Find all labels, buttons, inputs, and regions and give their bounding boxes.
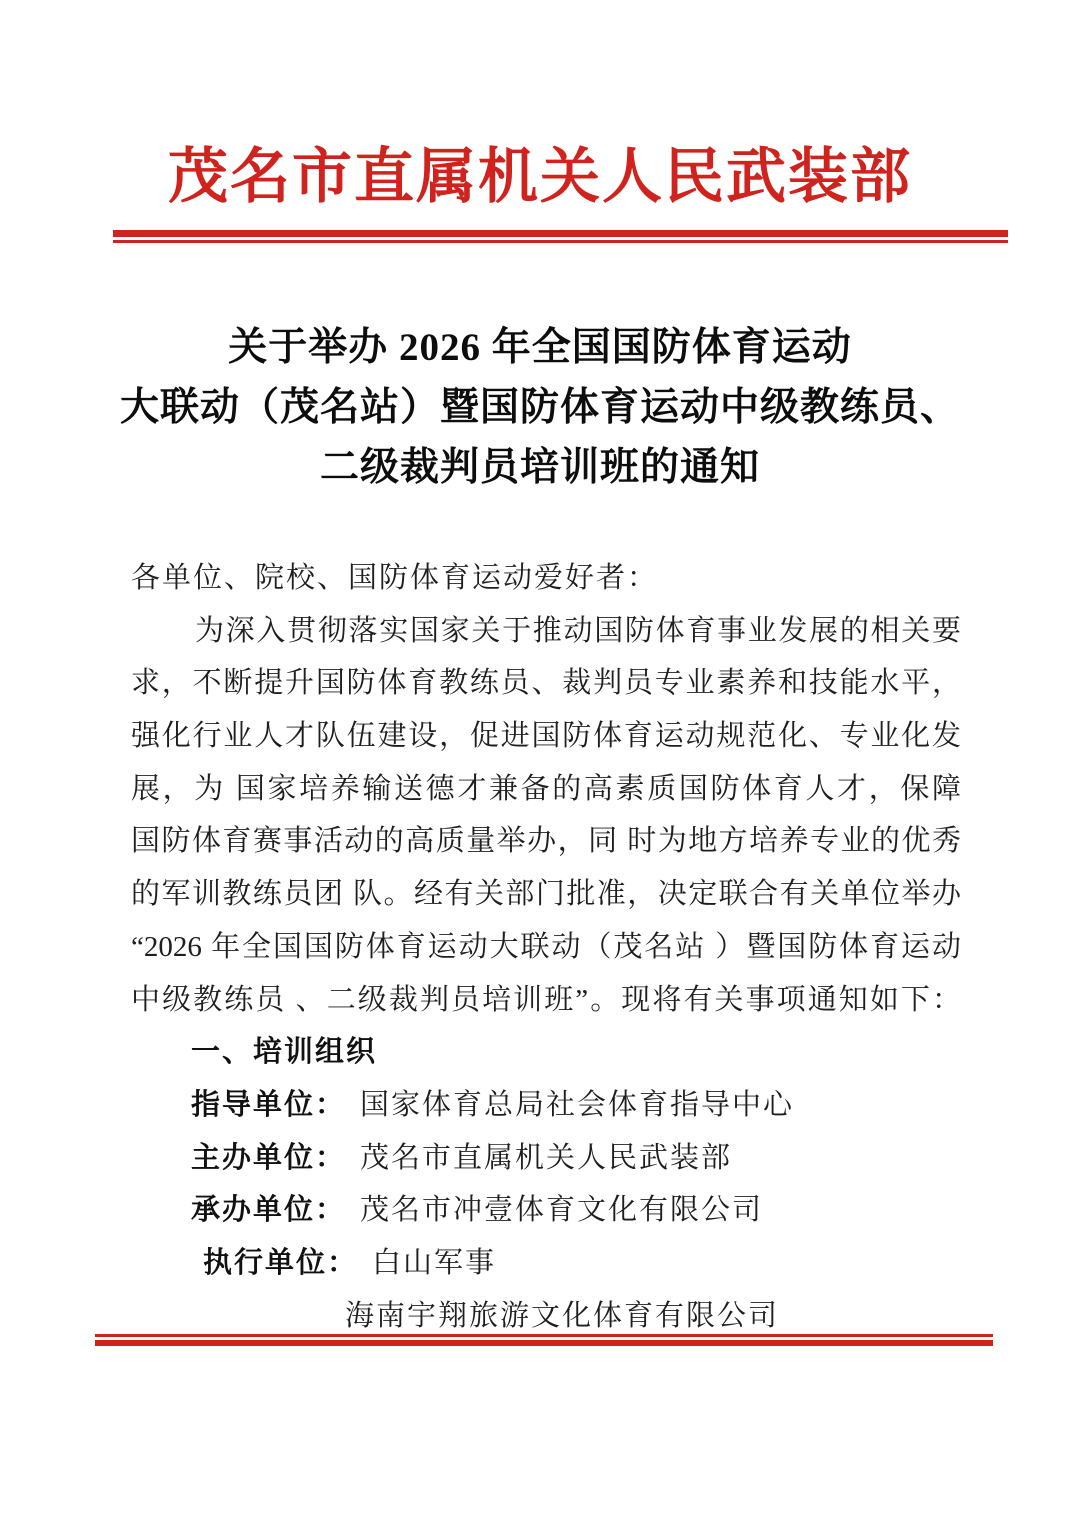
org-row-label: 主办单位：	[191, 1142, 346, 1174]
paragraph-line: 展，为 国家培养输送德才兼备的高素质国防体育人才，保障	[131, 763, 961, 816]
rule-thin-bar	[113, 240, 1008, 243]
paragraph-line: 国防体育赛事活动的高质量举办，同 时为地方培养专业的优秀	[131, 815, 961, 868]
org-row-value: 茂名市直属机关人民武装部	[360, 1142, 732, 1174]
rule-thick-bar	[95, 1340, 993, 1346]
footer-double-rule	[95, 1334, 993, 1346]
org-row-value: 海南宇翔旅游文化体育有限公司	[345, 1300, 779, 1332]
paragraph-line: 求，不断提升国防体育教练员、裁判员专业素养和技能水平，	[131, 657, 961, 710]
org-row-organizer-unit: 承办单位：茂名市冲壹体育文化有限公司	[131, 1184, 961, 1237]
paragraph-line: “2026 年全国国防体育运动大联动（茂名站 ）暨国防体育运动	[131, 921, 961, 974]
title-line-3: 二级裁判员培训班的通知	[0, 438, 1080, 498]
letterhead-org-name: 茂名市直属机关人民武装部	[0, 142, 1080, 212]
document-title: 关于举办 2026 年全国国防体育运动 大联动（茂名站）暨国防体育运动中级教练员…	[0, 318, 1080, 498]
paragraph-line: 的军训教练员团 队。经有关部门批准，决定联合有关单位举办	[131, 868, 961, 921]
rule-thick-bar	[113, 230, 1008, 237]
paragraph-line: 强化行业人才队伍建设，促进国防体育运动规范化、专业化发	[131, 710, 961, 763]
org-row-value: 白山军事	[372, 1247, 496, 1279]
paragraph-line: 为深入贯彻落实国家关于推动国防体育事业发展的相关要	[131, 605, 961, 658]
paragraph-line: 中级教练员 、二级裁判员培训班”。现将有关事项通知如下：	[131, 974, 961, 1027]
org-row-value: 茂名市冲壹体育文化有限公司	[360, 1194, 763, 1226]
document-body: 各单位、院校、国防体育运动爱好者： 为深入贯彻落实国家关于推动国防体育事业发展的…	[131, 552, 961, 1342]
title-line-2: 大联动（茂名站）暨国防体育运动中级教练员、	[0, 378, 1080, 438]
letterhead-double-rule	[113, 230, 1008, 243]
org-row-label: 承办单位：	[191, 1194, 346, 1226]
section-heading-training-organization: 一、培训组织	[131, 1026, 961, 1079]
org-row-value: 国家体育总局社会体育指导中心	[360, 1089, 794, 1121]
org-row-label: 执行单位：	[203, 1247, 358, 1279]
org-row-label: 指导单位：	[191, 1089, 346, 1121]
org-row-guidance-unit: 指导单位：国家体育总局社会体育指导中心	[131, 1079, 961, 1132]
document-page: 茂名市直属机关人民武装部 关于举办 2026 年全国国防体育运动 大联动（茂名站…	[0, 0, 1080, 1527]
org-row-executor-unit: 执行单位：白山军事	[131, 1237, 961, 1290]
title-line-1: 关于举办 2026 年全国国防体育运动	[0, 318, 1080, 378]
org-row-host-unit: 主办单位：茂名市直属机关人民武装部	[131, 1132, 961, 1185]
salutation-line: 各单位、院校、国防体育运动爱好者：	[131, 552, 961, 605]
